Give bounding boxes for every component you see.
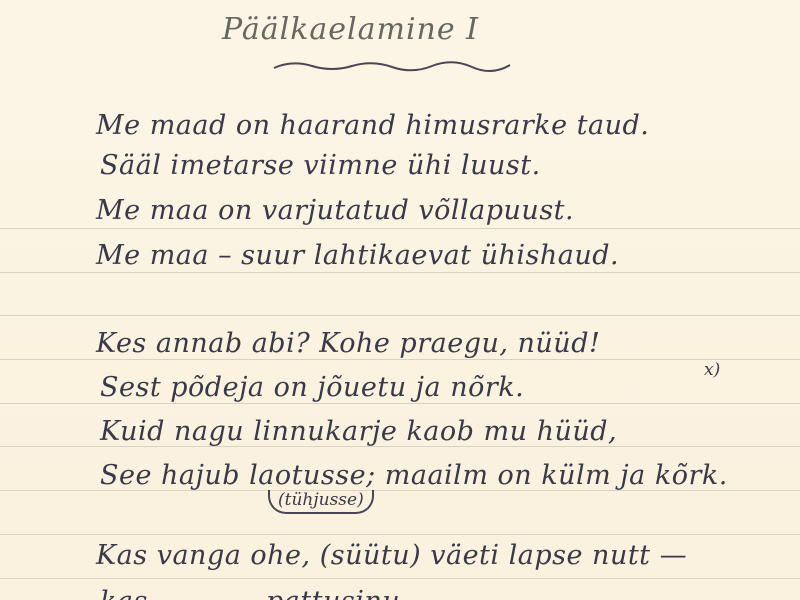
poem-title: Päälkaelamine I bbox=[222, 12, 479, 47]
poem-line: Sest põdeja on jõuetu ja nõrk. bbox=[100, 372, 524, 403]
wavy-underline bbox=[272, 58, 512, 74]
poem-line: Kes annab abi? Kohe praegu, nüüd! bbox=[96, 328, 600, 359]
ruled-line bbox=[0, 534, 800, 535]
ruled-line bbox=[0, 403, 800, 404]
ruled-line bbox=[0, 578, 800, 579]
poem-line: Kuid nagu linnukarje kaob mu hüüd, bbox=[100, 416, 617, 447]
ruled-line bbox=[0, 315, 800, 316]
poem-line: Sääl imetarse viimne ühi luust. bbox=[100, 150, 541, 181]
poem-line: Me maa – suur lahtikaevat ühishaud. bbox=[96, 240, 619, 271]
poem-line: Me maa on varjutatud võllapuust. bbox=[96, 195, 574, 226]
poem-line-partial: kas ... ... ... pattusinu bbox=[100, 586, 400, 600]
ruled-line bbox=[0, 272, 800, 273]
footnote-mark: x) bbox=[704, 360, 720, 380]
poem-line: Kas vanga ohe, (süütu) väeti lapse nutt … bbox=[96, 540, 687, 571]
ruled-line bbox=[0, 228, 800, 229]
poem-line: Me maad on haarand himusrarke taud. bbox=[96, 110, 649, 141]
ruled-line bbox=[0, 359, 800, 360]
manuscript-page: Päälkaelamine I Me maad on haarand himus… bbox=[0, 0, 800, 600]
poem-line: See hajub laotusse; maailm on külm ja kõ… bbox=[100, 460, 728, 491]
interlinear-correction: (tühjusse) bbox=[268, 490, 374, 514]
